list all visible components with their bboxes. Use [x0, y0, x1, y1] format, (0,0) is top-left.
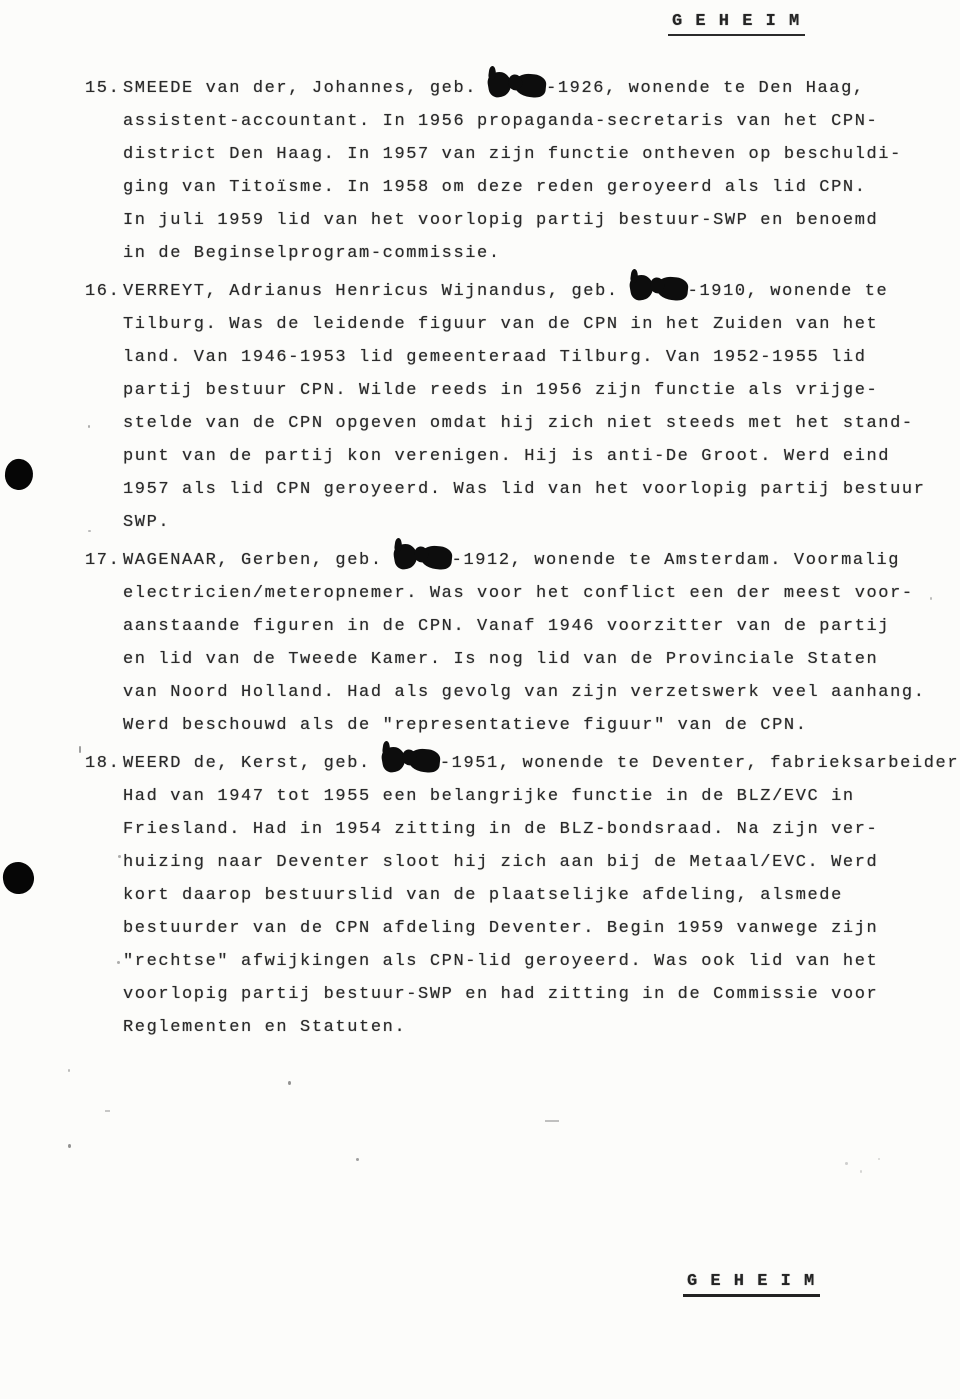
entry-text-line: in de Beginselprogram-commissie. — [123, 237, 960, 270]
scan-speck — [68, 1144, 71, 1148]
entry-text-line: assistent-accountant. In 1956 propaganda… — [123, 105, 960, 138]
redaction-mark — [513, 72, 547, 98]
entry-first-line: 17.WAGENAAR, Gerben, geb.-1912, wonende … — [123, 544, 960, 577]
entry-text-line: district Den Haag. In 1957 van zijn func… — [123, 138, 960, 171]
classification-header: G E H E I M — [668, 12, 805, 36]
entry-17: 17.WAGENAAR, Gerben, geb.-1912, wonende … — [123, 544, 960, 742]
entry-text-line: land. Van 1946-1953 lid gemeenteraad Til… — [123, 341, 960, 374]
entry-text-line: Werd beschouwd als de "representatieve f… — [123, 709, 960, 742]
entry-text-line: kort daarop bestuurslid van de plaatseli… — [123, 879, 960, 912]
scan-speck — [930, 597, 932, 600]
entry-first-line: 16.VERREYT, Adrianus Henricus Wijnandus,… — [123, 275, 960, 308]
entry-text: -1912, wonende te Amsterdam. Voormalig — [452, 551, 900, 570]
entry-text: -1926, wonende te Den Haag, — [546, 79, 865, 98]
scan-speck — [878, 1158, 880, 1160]
scan-speck — [117, 961, 120, 964]
scan-speck — [545, 1120, 559, 1122]
entry-text-line: bestuurder van de CPN afdeling Deventer.… — [123, 912, 960, 945]
entry-text-line: Tilburg. Was de leidende figuur van de C… — [123, 308, 960, 341]
entry-text-line: Reglementen en Statuten. — [123, 1011, 960, 1044]
scan-speck — [68, 1069, 70, 1072]
entry-text: WAGENAAR, Gerben, geb. — [123, 551, 383, 570]
redaction-mark — [407, 747, 441, 773]
scan-speck — [288, 1081, 291, 1085]
entry-text-line: stelde van de CPN opgeven omdat hij zich… — [123, 407, 960, 440]
scan-speck — [88, 425, 90, 428]
entry-text: -1951, wonende te Deventer, fabrieksarbe… — [440, 754, 960, 773]
scan-speck — [105, 1110, 110, 1112]
scan-speck — [356, 1158, 359, 1161]
scan-speck — [845, 1162, 848, 1165]
entry-text-line: van Noord Holland. Had als gevolg van zi… — [123, 676, 960, 709]
entry-text-line: punt van de partij kon verenigen. Hij is… — [123, 440, 960, 473]
scan-speck — [88, 530, 91, 532]
entry-text: -1910, wonende te — [688, 282, 889, 301]
punch-hole-dot — [1, 860, 35, 895]
redaction-mark — [655, 275, 689, 301]
entry-text-line: Had van 1947 tot 1955 een belangrijke fu… — [123, 780, 960, 813]
entry-text-line: "rechtse" afwijkingen als CPN-lid geroye… — [123, 945, 960, 978]
entry-text-line: Friesland. Had in 1954 zitting in de BLZ… — [123, 813, 960, 846]
entry-text-line: SWP. — [123, 506, 960, 539]
entry-number: 16. — [85, 275, 120, 308]
document-page: G E H E I M 15.SMEEDE van der, Johannes,… — [0, 0, 960, 1399]
punch-hole-dot — [3, 457, 35, 492]
entry-text-line: 1957 als lid CPN geroyeerd. Was lid van … — [123, 473, 960, 506]
redaction-mark — [419, 544, 453, 570]
classification-footer: G E H E I M — [683, 1272, 820, 1297]
entry-text-line: electricien/meteropnemer. Was voor het c… — [123, 577, 960, 610]
entry-text-line: en lid van de Tweede Kamer. Is nog lid v… — [123, 643, 960, 676]
entry-18: 18.WEERD de, Kerst, geb.-1951, wonende t… — [123, 747, 960, 1044]
entry-number: 17. — [85, 544, 120, 577]
entry-text-line: huizing naar Deventer sloot hij zich aan… — [123, 846, 960, 879]
entry-text: SMEEDE van der, Johannes, geb. — [123, 79, 477, 98]
entry-text-line: In juli 1959 lid van het voorlopig parti… — [123, 204, 960, 237]
entry-text-line: voorlopig partij bestuur-SWP en had zitt… — [123, 978, 960, 1011]
entry-number: 18. — [85, 747, 120, 780]
entry-first-line: 15.SMEEDE van der, Johannes, geb.-1926, … — [123, 72, 960, 105]
entry-15: 15.SMEEDE van der, Johannes, geb.-1926, … — [123, 72, 960, 270]
entry-number: 15. — [85, 72, 120, 105]
entry-text-line: partij bestuur CPN. Wilde reeds in 1956 … — [123, 374, 960, 407]
scan-speck — [860, 1170, 862, 1173]
scan-speck — [118, 855, 121, 858]
entry-first-line: 18.WEERD de, Kerst, geb.-1951, wonende t… — [123, 747, 960, 780]
entry-text-line: ging van Titoïsme. In 1958 om deze reden… — [123, 171, 960, 204]
entry-list: 15.SMEEDE van der, Johannes, geb.-1926, … — [123, 72, 960, 1049]
entry-text-line: aanstaande figuren in de CPN. Vanaf 1946… — [123, 610, 960, 643]
entry-text: WEERD de, Kerst, geb. — [123, 754, 371, 773]
scan-speck — [79, 746, 81, 753]
entry-16: 16.VERREYT, Adrianus Henricus Wijnandus,… — [123, 275, 960, 539]
entry-text: VERREYT, Adrianus Henricus Wijnandus, ge… — [123, 282, 619, 301]
